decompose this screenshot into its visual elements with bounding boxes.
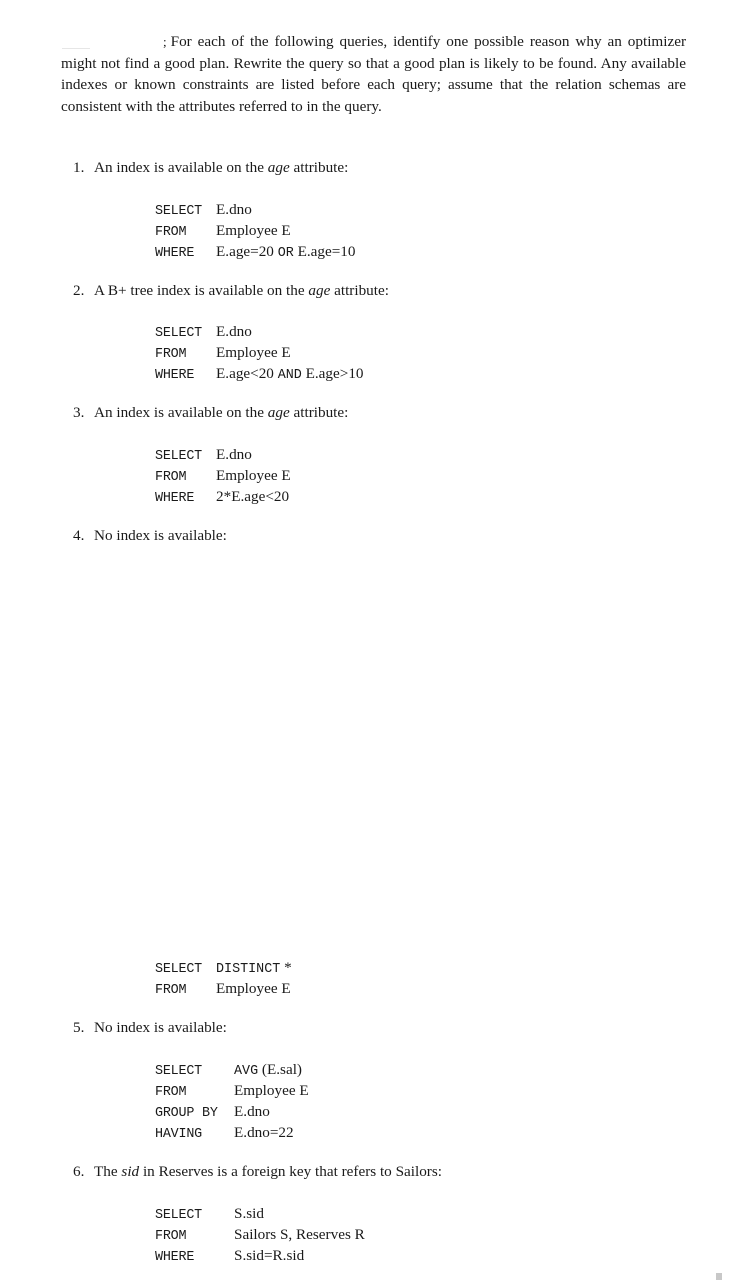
item-4-heading: 4.No index is available: <box>73 526 227 546</box>
heading-text: No index is available: <box>94 1019 227 1036</box>
sql-value: E.dno <box>216 201 252 218</box>
item-5-query: SELECTAVG (E.sal) FROMEmployee E GROUP B… <box>155 1058 309 1142</box>
heading-text: in Reserves is a foreign key that refers… <box>139 1163 442 1180</box>
query-line: SELECTE.dno <box>155 198 355 219</box>
query-line: WHEREE.age=20 OR E.age=10 <box>155 240 355 261</box>
sql-value-part: E.age>10 <box>302 365 364 382</box>
query-line: SELECTAVG (E.sal) <box>155 1058 309 1079</box>
query-line: FROMEmployee E <box>155 1079 309 1100</box>
query-line: WHEREE.age<20 AND E.age>10 <box>155 362 364 383</box>
sql-keyword: DISTINCT <box>216 962 280 977</box>
attribute-name: sid <box>121 1163 139 1180</box>
item-number: 1. <box>73 158 94 178</box>
sql-value: E.dno <box>216 446 252 463</box>
query-line: SELECTE.dno <box>155 320 364 341</box>
item-6-heading: 6.The sid in Reserves is a foreign key t… <box>73 1162 442 1182</box>
item-number: 2. <box>73 281 94 301</box>
sql-keyword: OR <box>278 246 294 261</box>
scrollbar-thumb[interactable] <box>716 1273 722 1280</box>
sql-value: E.dno <box>234 1103 270 1120</box>
item-3-query: SELECTE.dno FROMEmployee E WHERE2*E.age<… <box>155 443 291 506</box>
sql-keyword: WHERE <box>155 1247 234 1268</box>
sql-value: Employee E <box>216 344 291 361</box>
intro-paragraph: ;For each of the following queries, iden… <box>61 31 686 117</box>
item-1-query: SELECTE.dno FROMEmployee E WHEREE.age=20… <box>155 198 355 261</box>
heading-text: attribute: <box>330 282 389 299</box>
item-number: 5. <box>73 1018 94 1038</box>
heading-text: A B+ tree index is available on the <box>94 282 308 299</box>
sql-keyword: AND <box>278 368 302 383</box>
sql-value: E.dno=22 <box>234 1124 294 1141</box>
sql-keyword: FROM <box>155 980 216 1001</box>
item-6-query: SELECTS.sid FROMSailors S, Reserves R WH… <box>155 1202 365 1265</box>
item-number: 4. <box>73 526 94 546</box>
sql-keyword: HAVING <box>155 1124 234 1145</box>
sql-value: Employee E <box>216 980 291 997</box>
query-line: WHERE2*E.age<20 <box>155 485 291 506</box>
sql-keyword: AVG <box>234 1064 258 1079</box>
sql-value-part: (E.sal) <box>258 1061 302 1078</box>
sql-value: S.sid <box>234 1205 264 1222</box>
bullet-marker: ; <box>163 34 167 49</box>
heading-text: The <box>94 1163 121 1180</box>
item-3-heading: 3.An index is available on the age attri… <box>73 403 348 423</box>
heading-text: attribute: <box>290 404 349 421</box>
sql-value: S.sid=R.sid <box>234 1247 304 1264</box>
attribute-name: age <box>268 404 290 421</box>
heading-text: No index is available: <box>94 527 227 544</box>
heading-text: attribute: <box>290 159 349 176</box>
query-line: FROMEmployee E <box>155 341 364 362</box>
query-line: HAVINGE.dno=22 <box>155 1121 309 1142</box>
sql-value-part: E.age=20 <box>216 243 278 260</box>
sql-value-part: E.age<20 <box>216 365 278 382</box>
query-line: SELECTS.sid <box>155 1202 365 1223</box>
sql-value: Employee E <box>234 1082 309 1099</box>
item-4-query: SELECTDISTINCT * FROMEmployee E <box>155 956 292 998</box>
sql-value: E.dno <box>216 323 252 340</box>
attribute-name: age <box>308 282 330 299</box>
sql-value: 2*E.age<20 <box>216 488 289 505</box>
sql-value: Employee E <box>216 467 291 484</box>
query-line: FROMSailors S, Reserves R <box>155 1223 365 1244</box>
item-2-heading: 2.A B+ tree index is available on the ag… <box>73 281 389 301</box>
sql-keyword: WHERE <box>155 488 216 509</box>
sql-value-part: E.age=10 <box>294 243 356 260</box>
heading-text: An index is available on the <box>94 404 268 421</box>
sql-value-part: * <box>280 959 291 976</box>
item-number: 3. <box>73 403 94 423</box>
sql-value: DISTINCT * <box>216 959 292 976</box>
item-5-heading: 5.No index is available: <box>73 1018 227 1038</box>
query-line: FROMEmployee E <box>155 977 292 998</box>
query-line: WHERES.sid=R.sid <box>155 1244 365 1265</box>
item-number: 6. <box>73 1162 94 1182</box>
sql-value: E.age<20 AND E.age>10 <box>216 365 364 382</box>
item-1-heading: 1.An index is available on the age attri… <box>73 158 348 178</box>
query-line: GROUP BYE.dno <box>155 1100 309 1121</box>
sql-keyword: WHERE <box>155 365 216 386</box>
sql-value: AVG (E.sal) <box>234 1061 302 1078</box>
sql-value: E.age=20 OR E.age=10 <box>216 243 355 260</box>
attribute-name: age <box>268 159 290 176</box>
intro-text: For each of the following queries, ident… <box>61 33 686 115</box>
query-line: SELECTDISTINCT * <box>155 956 292 977</box>
query-line: FROMEmployee E <box>155 464 291 485</box>
query-line: FROMEmployee E <box>155 219 355 240</box>
heading-text: An index is available on the <box>94 159 268 176</box>
sql-value: Employee E <box>216 222 291 239</box>
sql-value: Sailors S, Reserves R <box>234 1226 365 1243</box>
sql-keyword: WHERE <box>155 243 216 264</box>
item-2-query: SELECTE.dno FROMEmployee E WHEREE.age<20… <box>155 320 364 383</box>
query-line: SELECTE.dno <box>155 443 291 464</box>
